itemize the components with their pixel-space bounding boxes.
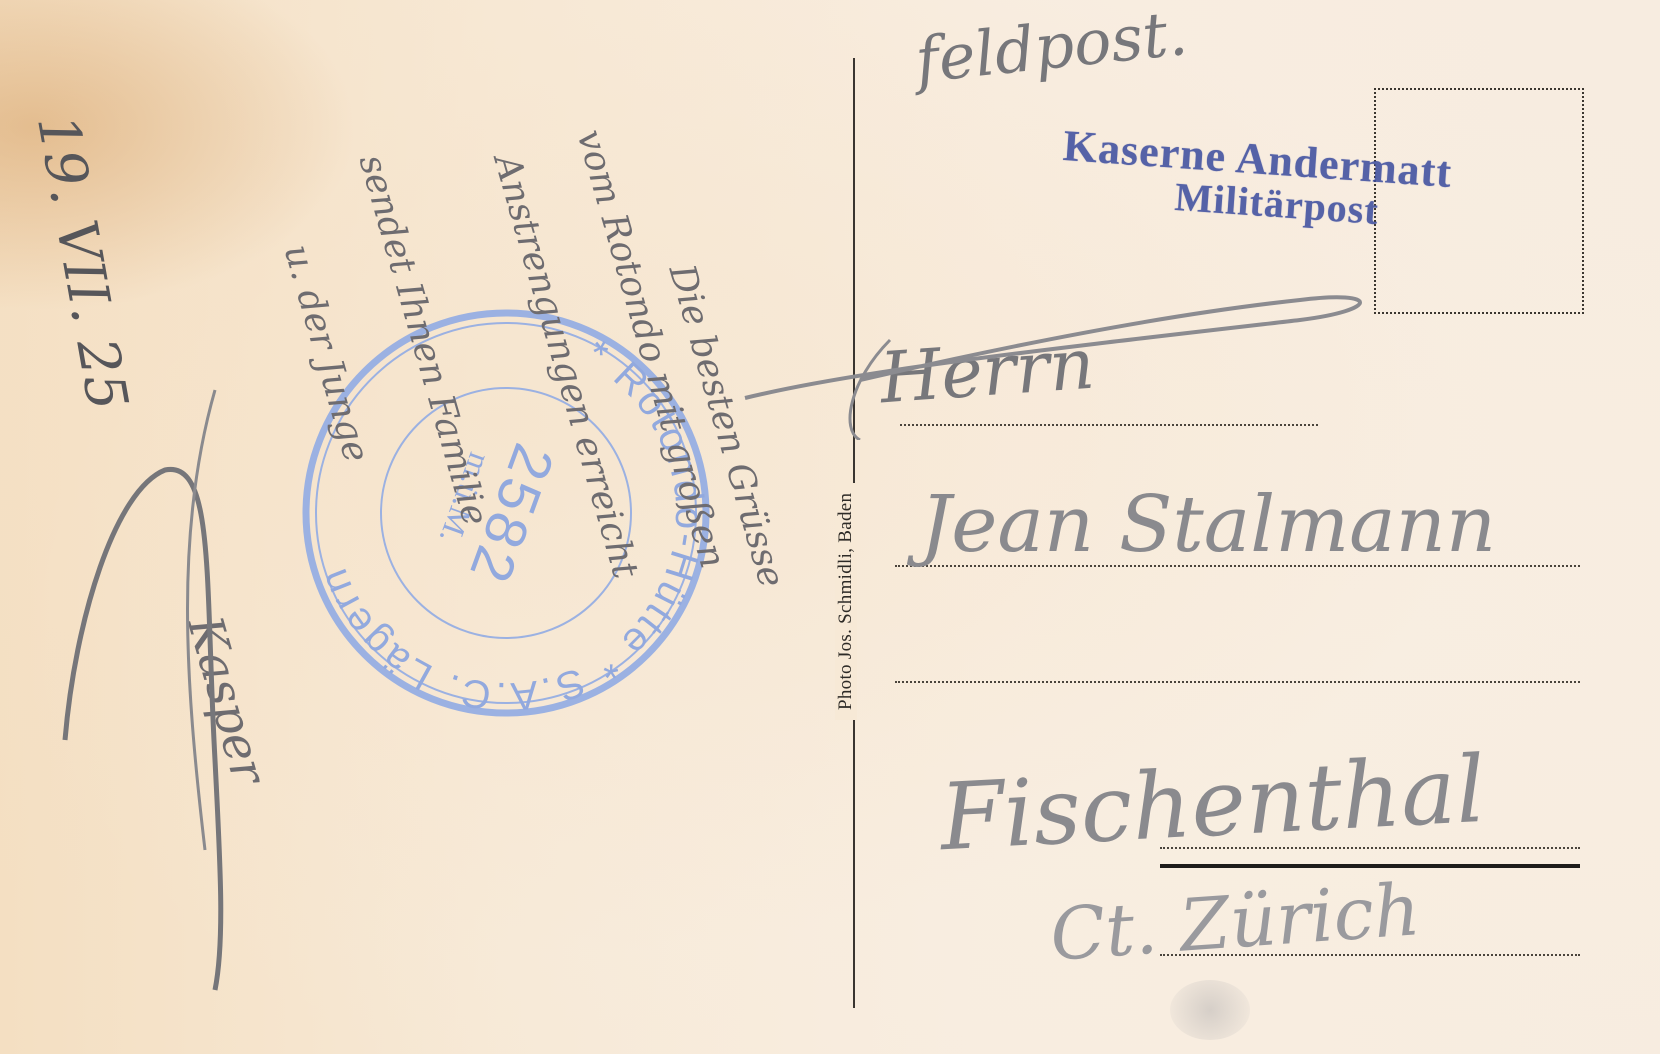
handwritten-recipient-name: Jean Stalmann (920, 480, 1496, 570)
signature-flourish (55, 380, 255, 1000)
handwritten-date: 19. VII. 25 (24, 110, 140, 415)
handwritten-feldpost-note: feldpost. (912, 0, 1191, 97)
handwritten-flourish (740, 280, 1400, 440)
handwritten-recipient-canton: Ct. Zürich (1048, 867, 1423, 977)
address-line-3 (895, 681, 1580, 683)
pencil-smudge (1170, 980, 1250, 1040)
address-underline-solid (1160, 864, 1580, 868)
postcard: Photo Jos. Schmidli, Baden Kaserne Ander… (0, 0, 1660, 1054)
handwritten-recipient-town: Fischenthal (938, 736, 1488, 871)
photographer-imprint: Photo Jos. Schmidli, Baden (835, 483, 857, 720)
